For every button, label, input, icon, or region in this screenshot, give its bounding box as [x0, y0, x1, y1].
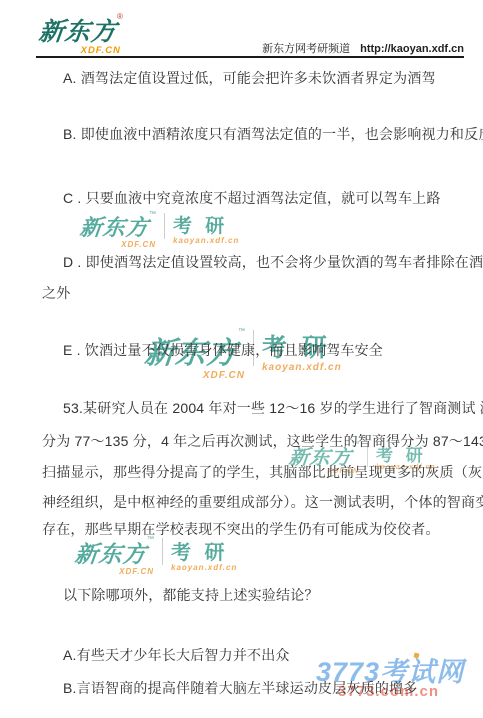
- watermark-channel-domain: kaoyan.xdf.cn: [262, 362, 342, 373]
- q53-stem-line-2: 分为 77～135 分，4 年之后再次测试，这些学生的智商得分为 87～143。…: [42, 431, 483, 451]
- document-page: 新东方® XDF.CN 新东方网考研频道http://kaoyan.xdf.cn…: [0, 0, 483, 718]
- header-channel-label: 新东方网考研频道: [262, 43, 350, 55]
- option-e-line: E . 饮酒过量不仅损害身体健康，而且影响驾车安全: [63, 340, 383, 360]
- header-channel-line: 新东方网考研频道http://kaoyan.xdf.cn: [262, 40, 464, 56]
- option-c-line: C . 只要血液中究竟浓度不超过酒驾法定值，就可以驾车上路: [63, 188, 441, 208]
- q53-option-b-line: B.言语智商的提高伴随着大脑左半球运动皮层灰质的增多: [63, 678, 417, 698]
- watermark-brand-text: 新东方: [73, 536, 148, 569]
- watermark-channel-block: 考 研 kaoyan.xdf.cn: [173, 211, 239, 245]
- watermark-channel-text: 考 研: [171, 536, 237, 565]
- watermark-divider: [164, 213, 165, 239]
- xdf-watermark-1: 新东方™ XDF.CN 考 研 kaoyan.xdf.cn: [80, 211, 239, 249]
- q53-stem-line-5: 存在，那些早期在学校表现不突出的学生仍有可能成为佼佼者。: [42, 519, 440, 539]
- option-d-continuation: 之外: [42, 283, 70, 303]
- header-divider-rule: [36, 56, 464, 58]
- watermark-channel-block: 考 研 kaoyan.xdf.cn: [171, 536, 237, 572]
- header-channel-url: http://kaoyan.xdf.cn: [360, 43, 464, 55]
- watermark-divider: [162, 538, 163, 565]
- q53-stem-line-1: 53.某研究人员在 2004 年对一些 12～16 岁的学生进行了智商测试 测试…: [63, 398, 483, 418]
- xdf-logo-brand-text: 新东方: [37, 12, 119, 48]
- xdf-logo: 新东方® XDF.CN: [39, 12, 123, 56]
- option-d-line: D . 即使酒驾法定值设置较高，也不会将少量饮酒的驾车者排除在酒驾范围: [63, 252, 483, 272]
- xdf-watermark-4: 新东方™ XDF.CN 考 研 kaoyan.xdf.cn: [75, 536, 237, 576]
- watermark-channel-domain: kaoyan.xdf.cn: [173, 236, 239, 245]
- q53-question-prompt: 以下除哪项外，都能支持上述实验结论？: [63, 585, 319, 605]
- option-a-line: A. 酒驾法定值设置过低，可能会把许多未饮酒者界定为酒驾: [63, 68, 436, 88]
- watermark-channel-domain: kaoyan.xdf.cn: [171, 563, 237, 572]
- q53-option-a-line: A.有些天才少年长大后智力并不出众: [63, 645, 290, 665]
- q53-stem-line-4: 神经组织，是中枢神经的重要组成部分）。这一测试表明，个体的智商变化确实: [42, 492, 483, 512]
- watermark-brand-block: 新东方™ XDF.CN: [75, 536, 154, 576]
- q53-stem-line-3: 扫描显示，那些得分提高了的学生，其脑部比此前呈现更多的灰质（灰质是一种: [42, 462, 483, 482]
- option-b-line: B. 即使血液中酒精浓度只有酒驾法定值的一半，也会影响视力和反应速度: [63, 124, 483, 144]
- watermark-brand-block: 新东方™ XDF.CN: [80, 211, 156, 249]
- watermark-brand-text: 新东方: [78, 211, 150, 242]
- watermark-channel-text: 考 研: [173, 211, 239, 238]
